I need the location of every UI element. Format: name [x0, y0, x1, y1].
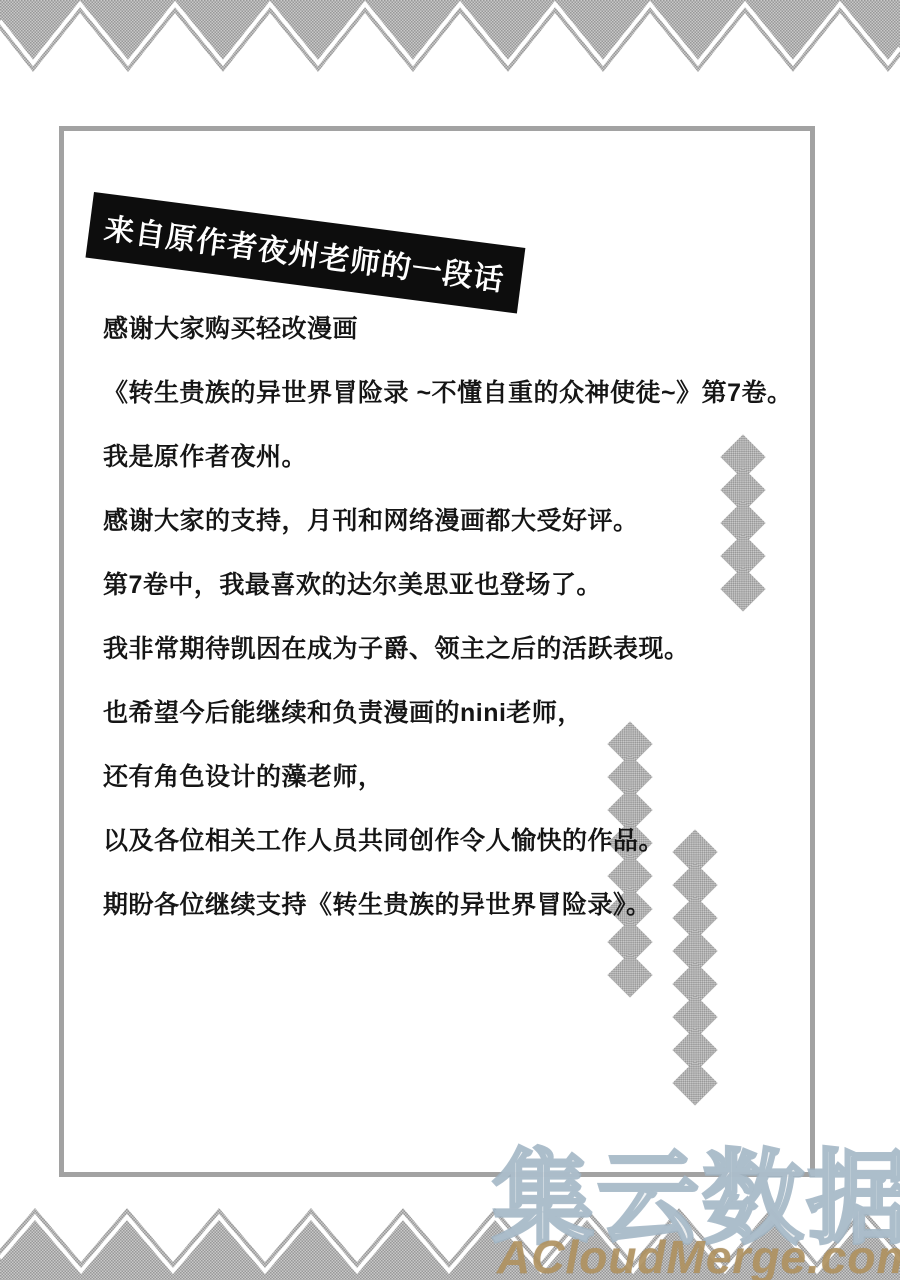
- afterword-line: 我非常期待凯因在成为子爵、领主之后的活跃表现。: [103, 636, 743, 662]
- afterword-line: 我是原作者夜州。: [103, 444, 743, 470]
- afterword-line: 感谢大家的支持，月刊和网络漫画都大受好评。: [103, 508, 743, 534]
- afterword-line: 以及各位相关工作人员共同创作令人愉快的作品。: [103, 828, 743, 854]
- afterword-line: 期盼各位继续支持《转生贵族的异世界冒险录》。: [103, 892, 743, 918]
- afterword-line: 第7卷中，我最喜欢的达尔美思亚也登场了。: [103, 572, 743, 598]
- afterword-line: 还有角色设计的藻老师，: [103, 764, 743, 790]
- bottom-zigzag-border: [0, 1208, 900, 1280]
- manga-afterword-page: 来自原作者夜州老师的一段话 感谢大家购买轻改漫画 《转生贵族的异世界冒险录 ~不…: [0, 0, 900, 1280]
- afterword-line: 感谢大家购买轻改漫画: [103, 316, 743, 342]
- afterword-text-block: 感谢大家购买轻改漫画 《转生贵族的异世界冒险录 ~不懂自重的众神使徒~》第7卷。…: [103, 316, 743, 956]
- watermark-domain-text: ACloudMerge.com: [497, 1230, 900, 1280]
- afterword-line: 也希望今后能继续和负责漫画的nini老师，: [103, 700, 743, 726]
- afterword-line: 《转生贵族的异世界冒险录 ~不懂自重的众神使徒~》第7卷。: [103, 380, 743, 406]
- top-zigzag-border: [0, 0, 900, 72]
